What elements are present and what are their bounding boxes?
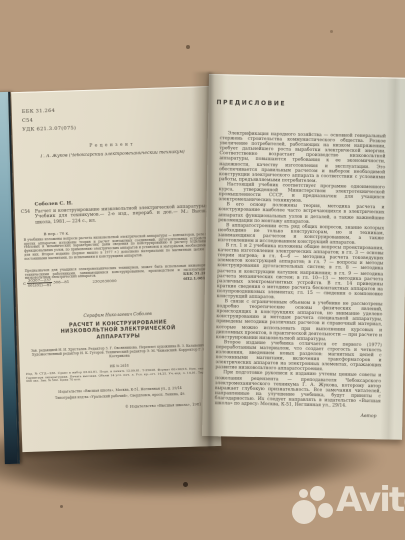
open-book: ББК 31.264 С54 УДК 621.3.07(075) Рецензе… [0, 0, 405, 540]
right-page: ПРЕДИСЛОВИЕ Электрификация народного хоз… [202, 74, 405, 440]
avito-watermark: Avito [292, 486, 402, 538]
reviewer-name: Г. А. Жуков (Чебоксарский электромеханич… [13, 149, 212, 160]
index-letter: С [23, 280, 26, 285]
avito-wordmark: Avito [336, 480, 405, 520]
editorial-credits: Зав. редакцией Н. И. Хрусталев. Редактор… [27, 343, 211, 361]
preface-paragraph: В его основу положены теория, методика р… [218, 203, 384, 227]
index-denominator: 001(01)—81 [28, 282, 52, 288]
price-line: В пер.: 70 к. [43, 230, 69, 236]
preface-paragraph: В связи с ограниченным объемом в учебник… [216, 299, 383, 343]
preface-header: ПРЕДИСЛОВИЕ [216, 99, 336, 108]
bibliographic-codes: ББК 31.264 С54 УДК 621.3.07(075) [22, 104, 143, 135]
book-gutter-shadow [192, 72, 226, 448]
preface-body: Электрификация народного хозяйства — осн… [214, 131, 385, 419]
index-suffix: 306—81 [53, 279, 69, 284]
book-title: РАСЧЕТ И КОНСТРУИРОВАНИЕ НИЗКОВОЛЬТНОЙ Э… [42, 319, 194, 343]
preface-paragraph: Электрификация народного хозяйства — осн… [219, 131, 386, 185]
photo-background: ББК 31.264 С54 УДК 621.3.07(075) Рецензе… [0, 0, 405, 540]
catalog-card-text: Расчет и конструирование низковольтной э… [21, 204, 207, 226]
reviewer-label: Рецензент [13, 139, 212, 150]
annotation-text: В учебнике изложены вопросы расчета низк… [24, 233, 209, 261]
left-page: ББК 31.264 С54 УДК 621.3.07(075) Рецензе… [11, 86, 221, 452]
preface-paragraph: В гл. 1 и 2 учебника изложены общие вопр… [217, 243, 384, 302]
preface-paragraph: Второе издание учебника отличается от пе… [215, 340, 382, 374]
catalog-card-code: С54 [21, 210, 30, 216]
catalog-card: С54 Расчет и конструирование низковольтн… [21, 204, 207, 226]
author-signature: Автор [214, 411, 380, 419]
index-fraction: 30307—237001(01)—81 [27, 278, 52, 288]
index-code: 2302030000 [92, 278, 116, 284]
preface-paragraph: При подготовке рукописи к изданию учтены… [215, 371, 382, 410]
